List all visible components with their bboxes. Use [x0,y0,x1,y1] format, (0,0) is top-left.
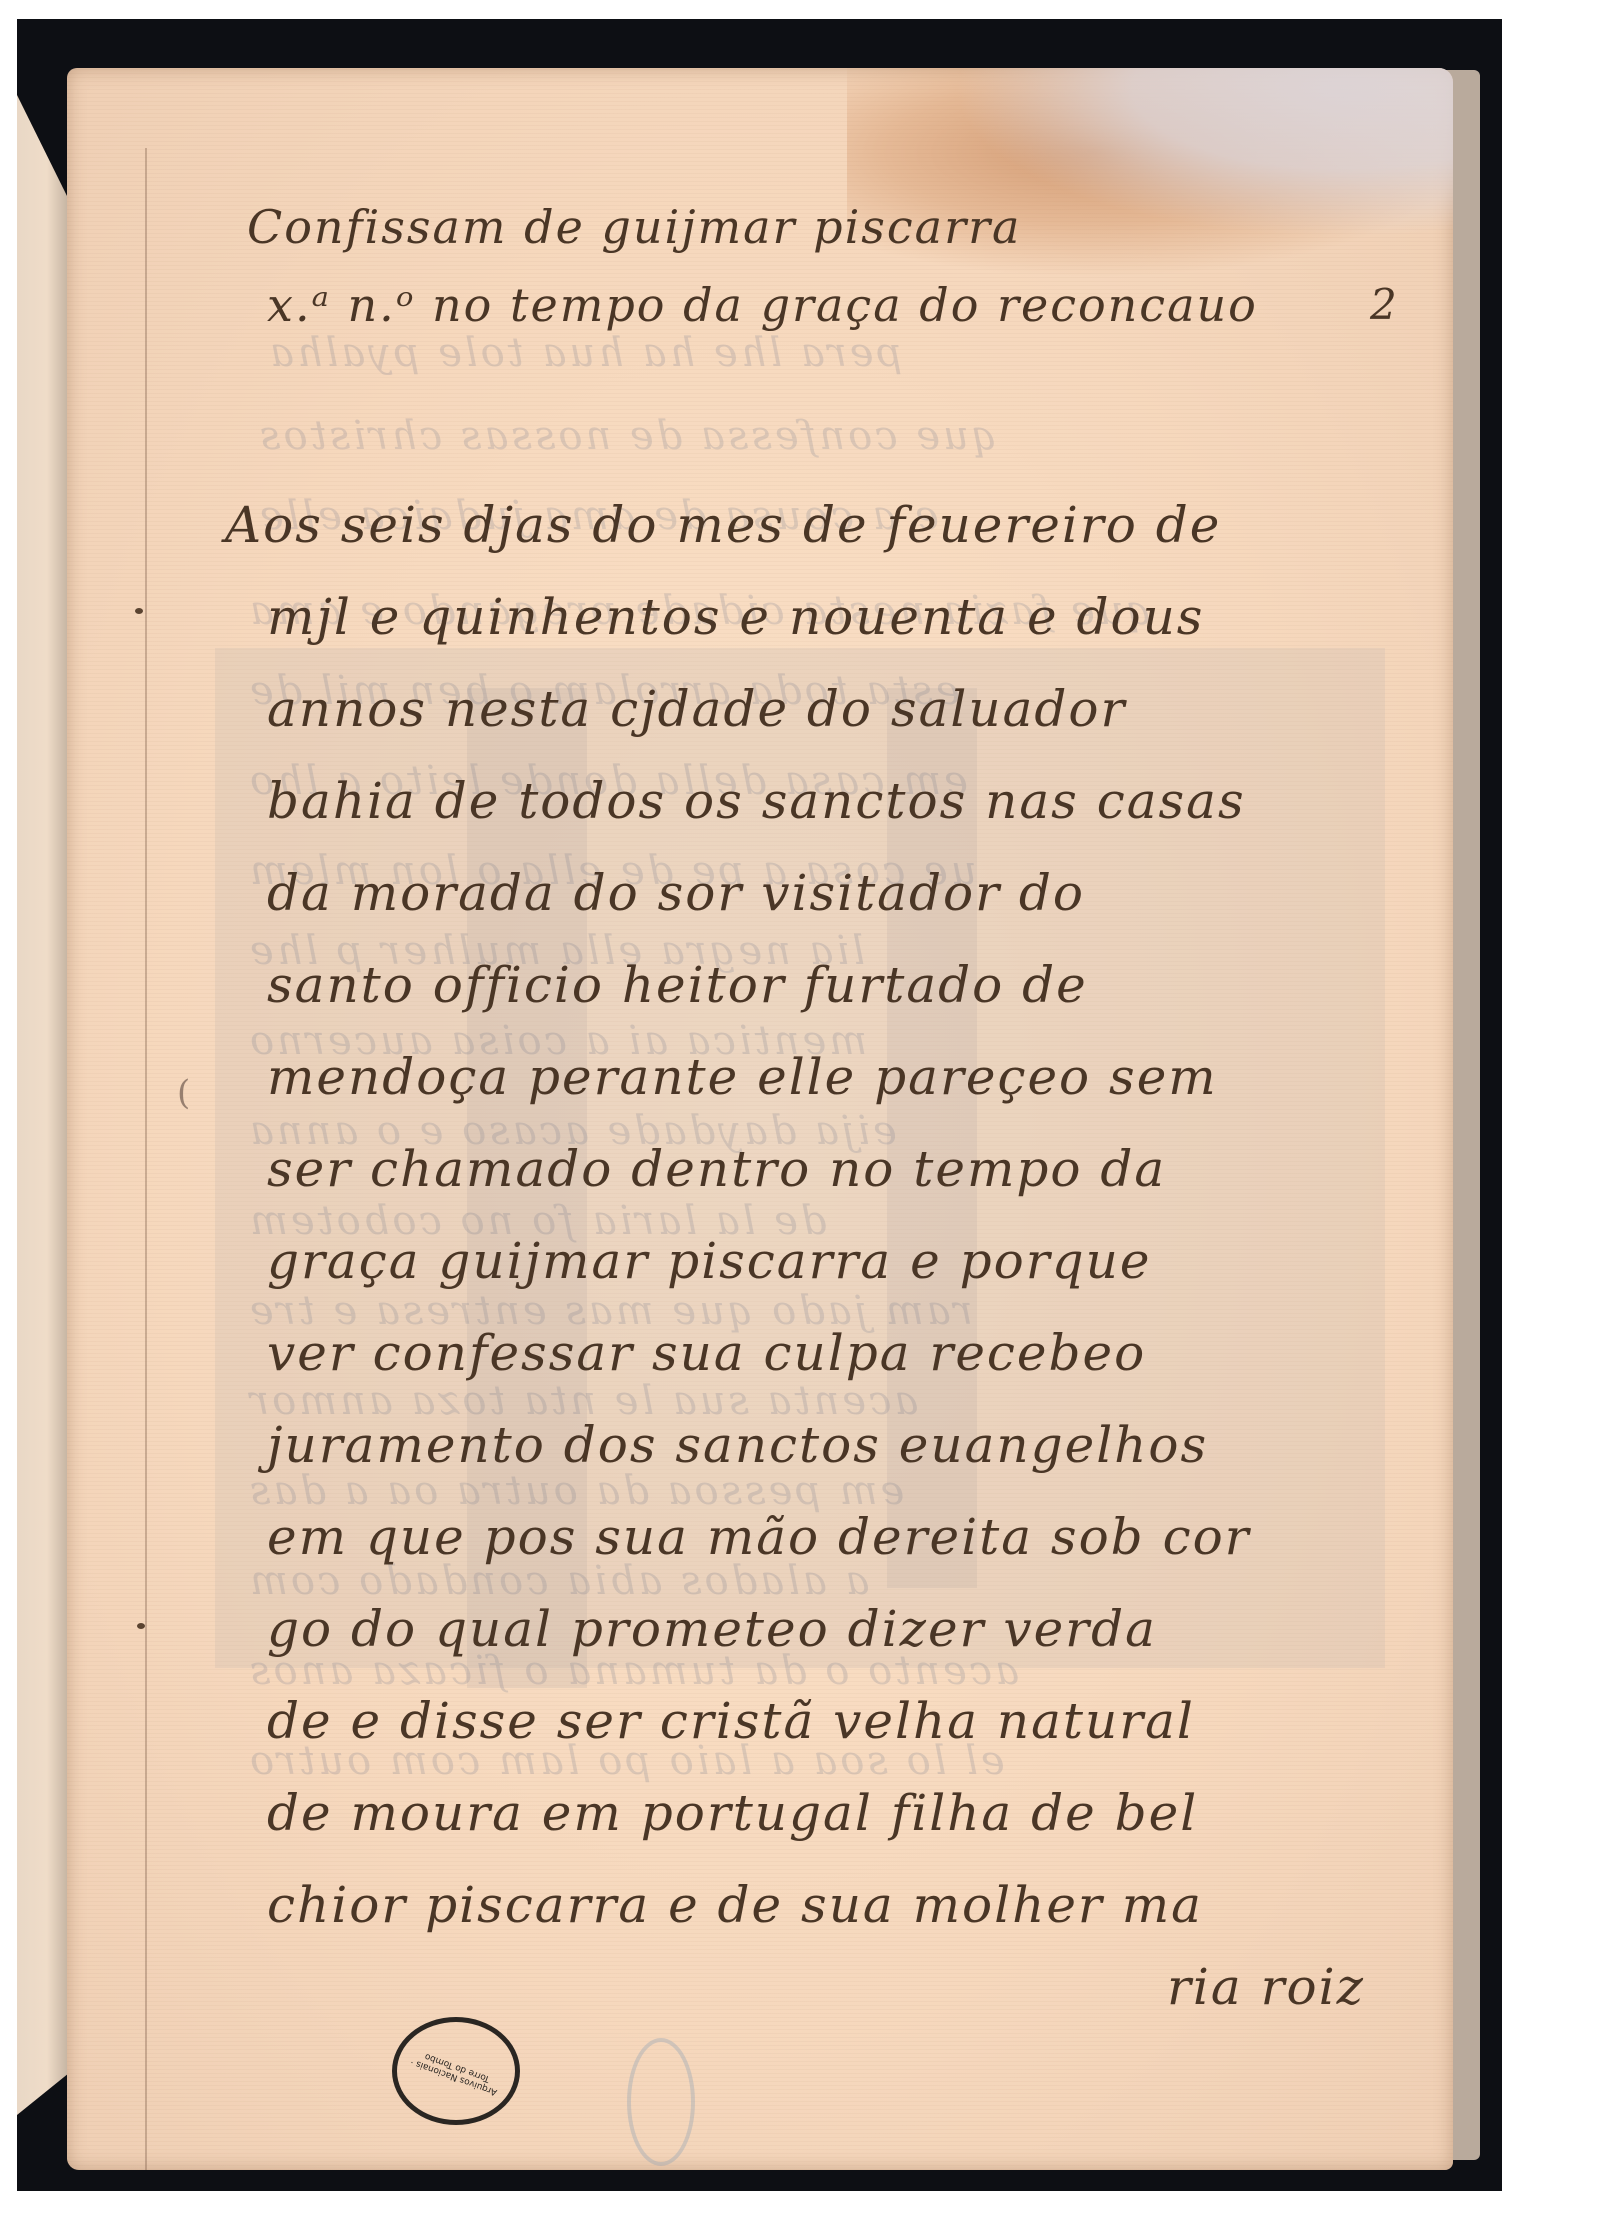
faded-oval-mark [627,2038,695,2166]
heading-line-2: x.ᵃ n.ᵒ no tempo da graça do reconcauo [267,278,1453,332]
margin-ink-mark [135,608,143,614]
margin-bracket-mark: ( [177,1073,190,1113]
body-line: mjl e quinhentos e nouenta e dous [267,588,1453,646]
body-line: da morada do sor visitador do [267,864,1453,922]
previous-page-edge [17,95,67,2115]
body-line: mendoça perante elle pareçeo sem [267,1048,1453,1106]
body-line: Aos seis djas do mes de feuereiro de [225,496,1453,554]
body-line: ria roiz [1167,1958,1453,2016]
ghost-writing: que confessa de nossas christos [257,413,997,459]
body-line: ver confessar sua culpa recebeo [267,1324,1453,1382]
body-line: ser chamado dentro no tempo da [267,1140,1453,1198]
archive-stamp: Arquivos Nacionais · Torre do Tombo [392,2017,520,2125]
body-line: de moura em portugal filha de bel [267,1784,1453,1842]
folio-number: 2 [1370,280,1397,329]
body-line: em que pos sua mão dereita sob cor [267,1508,1453,1566]
body-line: annos nesta cjdade do saluador [267,680,1453,738]
manuscript-page: pera lhe ha hua tole pyalha que confessa… [67,68,1453,2170]
body-line: de e disse ser cristã velha natural [267,1692,1453,1750]
body-line: go do qual prometeo dizer verda [267,1600,1453,1658]
binding-fold [145,148,147,2170]
body-line: santo officio heitor furtado de [267,956,1453,1014]
ghost-writing: pera lhe ha hua tole pyalha [267,330,902,376]
heading-line-1: Confissam de guijmar piscarra [247,200,1453,254]
body-line: chior piscarra e de sua molher ma [267,1876,1453,1934]
body-line: bahia de todos os sanctos nas casas [267,772,1453,830]
body-line: juramento dos sanctos euangelhos [267,1416,1453,1474]
margin-ink-mark [137,1623,145,1629]
body-line: graça guijmar piscarra e porque [267,1232,1453,1290]
